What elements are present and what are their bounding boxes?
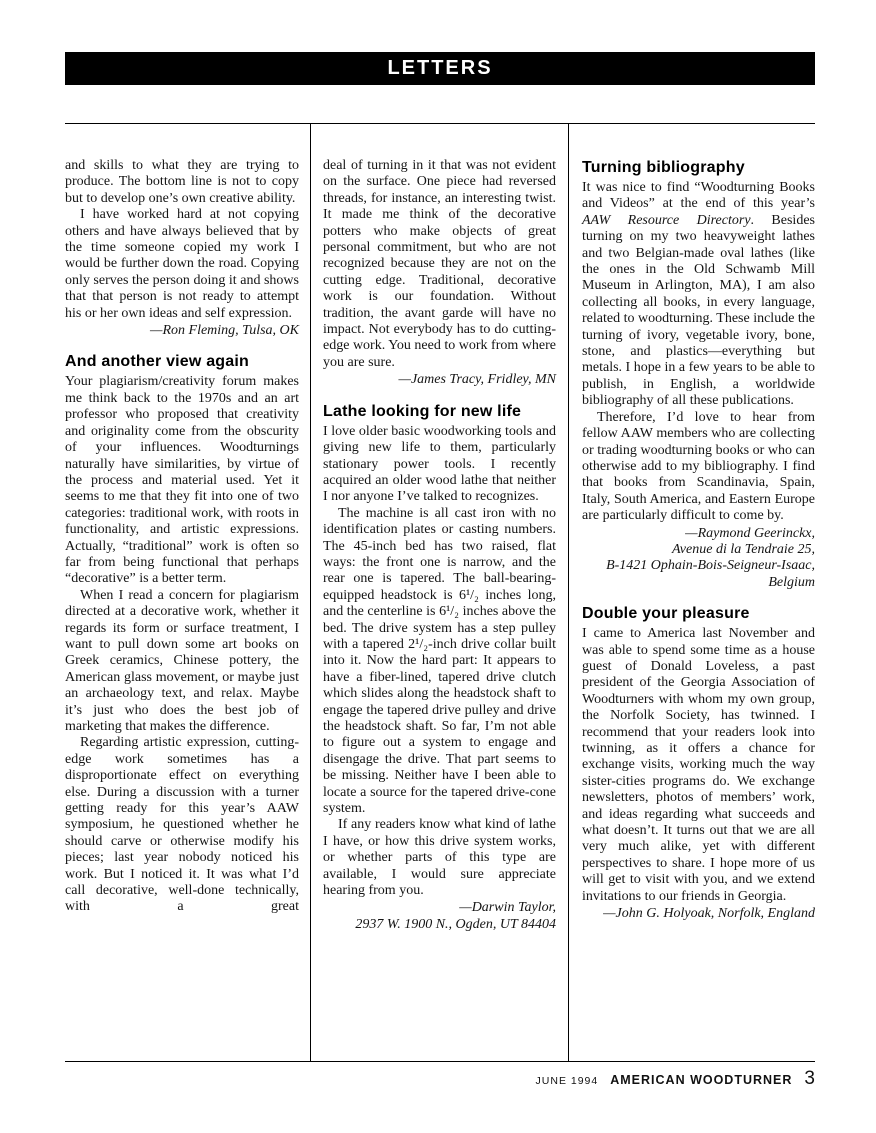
section-title: LETTERS [387,57,492,80]
page-footer: JUNE 1994AMERICAN WOODTURNER3 [65,1068,815,1090]
magazine-page: LETTERS and skills to what they are tryi… [0,0,876,1133]
letter-bibliography-paragraph-2: Therefore, I’d love to hear from fellow … [582,410,815,525]
letter-another-view-paragraph-2: When I read a concern for plagiarism dir… [65,588,299,736]
letter-lathe-heading: Lathe looking for new life [323,402,556,421]
letter-another-view-paragraph-1: Your plagiarism/creativity forum makes m… [65,374,299,587]
letter-another-view-heading: And another view again [65,352,299,371]
letter-lathe-paragraph-1: I love older basic woodworking tools and… [323,424,556,506]
section-header-bar: LETTERS [65,52,815,85]
letter-bibliography-signature-line-2: Avenue di la Tendraie 25, [582,542,815,558]
letter-bibliography-signature-line-1: —Raymond Geerinckx, [582,526,815,542]
footer-magazine-name: AMERICAN WOODTURNER [610,1073,792,1087]
letter-lathe-paragraph-3: If any readers know what kind of lathe I… [323,817,556,899]
footer-issue-date: JUNE 1994 [536,1075,599,1087]
letter-fleming-paragraph-1: and skills to what they are trying to pr… [65,158,299,207]
letter-fleming-signature: —Ron Fleming, Tulsa, OK [65,323,299,339]
letter-lathe-paragraph-2: The machine is all cast iron with no ide… [323,506,556,818]
letter-pleasure-heading: Double your pleasure [582,604,815,623]
letter-lathe-signature: —Darwin Taylor, 2937 W. 1900 N., Ogden, … [323,900,556,933]
letter-another-view-paragraph-3-continued: deal of turning in it that was not evide… [323,158,556,371]
letter-bibliography-directory-title: AAW Resource Directory [582,213,751,228]
letter-lathe-signature-line-2: 2937 W. 1900 N., Ogden, UT 84404 [323,917,556,933]
letter-bibliography-signature: —Raymond Geerinckx, Avenue di la Tendrai… [582,526,815,592]
letter-pleasure-signature: —John G. Holyoak, Norfolk, England [582,906,815,922]
letter-bibliography-paragraph-1-text-a: It was nice to find “Woodturning Books a… [582,180,815,211]
letter-bibliography-heading: Turning bibliography [582,158,815,177]
letter-pleasure-paragraph-1: I came to America last November and was … [582,626,815,905]
letter-bibliography-paragraph-1-text-b: . Besides turning on my two heavyweight … [582,213,815,408]
letter-fleming-paragraph-2: I have worked hard at not copying others… [65,207,299,322]
column-2: deal of turning in it that was not evide… [310,124,568,1061]
letter-another-view-signature: —James Tracy, Fridley, MN [323,372,556,388]
letter-bibliography-signature-line-3: B-1421 Ophain-Bois-Seigneur-Isaac, [582,558,815,574]
column-1: and skills to what they are trying to pr… [65,124,310,1061]
letter-another-view-paragraph-3: Regarding artistic expression, cutting-e… [65,735,299,915]
column-3: Turning bibliography It was nice to find… [568,124,815,1061]
letter-lathe-signature-line-1: —Darwin Taylor, [323,900,556,916]
footer-page-number: 3 [804,1068,815,1089]
letter-bibliography-paragraph-1: It was nice to find “Woodturning Books a… [582,180,815,410]
content-area: and skills to what they are trying to pr… [65,123,815,1062]
letter-bibliography-signature-line-4: Belgium [582,575,815,591]
